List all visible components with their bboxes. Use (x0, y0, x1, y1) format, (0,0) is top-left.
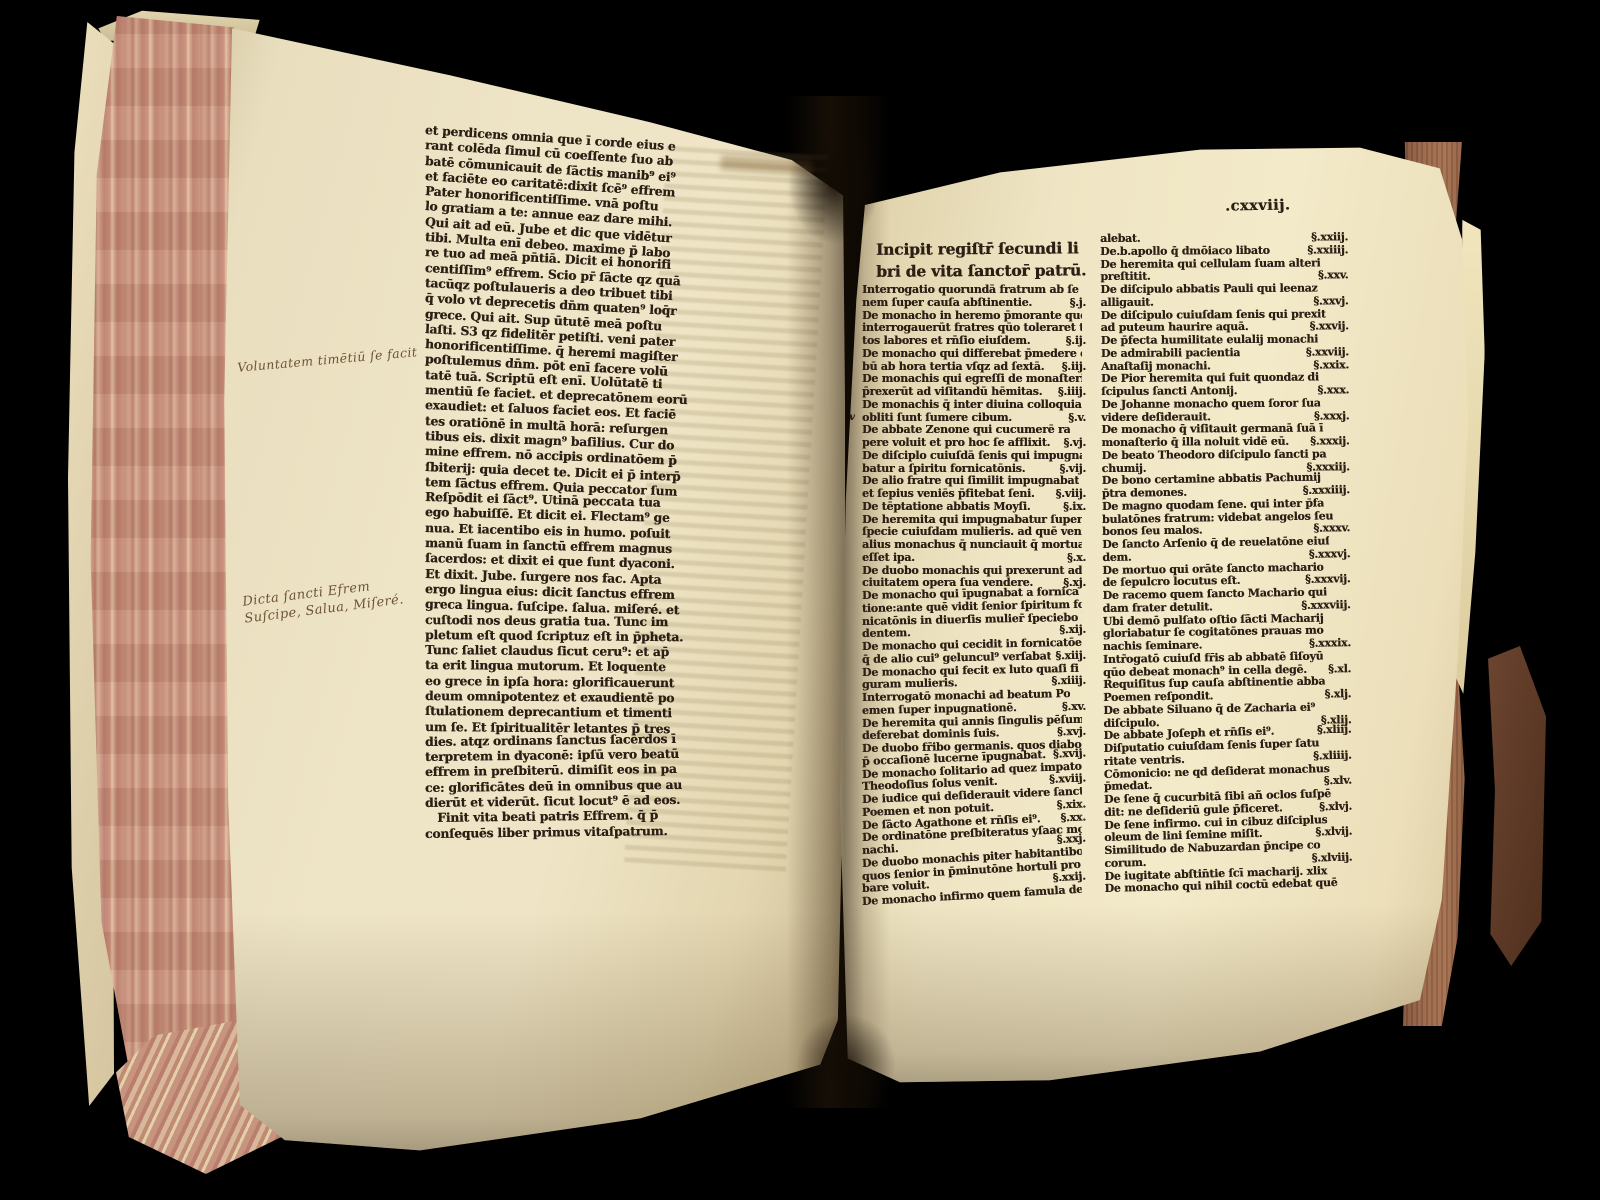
section-ref: §.vij. (1056, 463, 1086, 476)
entry-text: dem. (1102, 551, 1131, 564)
register-entry-line: interrogauerūt fratres qūo toleraret tā (862, 322, 1086, 335)
folio-number: .cxxviij. (1225, 196, 1291, 214)
register-entry-line: v obliti ſunt ſumere cibum. §.v. (862, 412, 1086, 425)
text-line: ſtulationem deprecantium et timenti (425, 703, 683, 721)
section-ref: §.xxvij. (1306, 321, 1349, 334)
section-ref: §.xxxviij. (1297, 599, 1351, 613)
section-ref: §.vj. (1059, 437, 1086, 450)
register-entry-line: De alio fratre qui ſimilit̄ impugnabat̄ (862, 475, 1086, 488)
register-entry-line: et ſepius veniēs p̄fitebat̄ ſeni. §.viij… (862, 488, 1086, 501)
section-ref: §.xxxvij. (1301, 573, 1351, 587)
section-ref: §.ix. (1059, 501, 1086, 514)
register-entry-line: De monacho in heremo p̄morante quē (862, 310, 1086, 323)
section-ref: §.x. (1063, 552, 1086, 565)
register-entry-line: De duobo monachis qui prexerunt ad (862, 565, 1086, 578)
register-entry-line: bū ab hora tertia vſqz ad ſextā. §.iij. (862, 361, 1086, 374)
entry-text: alius monachus q̄ nunciauit q̄ mortua (862, 539, 1082, 552)
entry-text: De alio fratre qui ſimilit̄ impugnabat̄ (862, 475, 1079, 488)
section-ref: §.xxx. (1313, 384, 1349, 397)
register-entry-line: nem ſuper cauſa abſtinentie. §.j. (862, 297, 1086, 310)
entry-text: Interrogatio quorundā fratrum ab ſe (862, 284, 1079, 297)
entry-text: De abbate Zenone qui cucumerē ra (862, 424, 1070, 437)
register-entry-line: pere voluit et pro hoc ſe afflixit. §.vj… (862, 437, 1086, 450)
entry-text: Anaſtaſij monachi. (1101, 360, 1211, 374)
section-ref: §.xiiij. (1047, 675, 1086, 688)
register-entry-line: De abbate Zenone qui cucumerē ra (862, 424, 1086, 437)
entry-text: monaſterio q̄ illa noluit vidē eū. (1101, 436, 1288, 450)
section-ref: §.xxvj. (1309, 295, 1348, 308)
register-entry-line: De monacho qui differebat p̄medere ci (862, 348, 1086, 361)
section-ref: §.iiij. (1054, 386, 1086, 399)
gutter-bottom-shadow (796, 1014, 896, 1114)
entry-text: De monachis qui egreſſi de monaſterio (862, 373, 1082, 386)
section-ref: §.viij. (1052, 488, 1086, 501)
entry-text: videre deſiderauit. (1101, 411, 1211, 425)
section-ref: §.xlviij. (1308, 851, 1353, 865)
section-ref: §.xiij. (1051, 649, 1086, 662)
entry-text: chumij. (1102, 462, 1147, 475)
text-line: ta erit lingua mutorum. Et loquente (425, 657, 683, 675)
entry-text: p̄tra demones. (1102, 487, 1187, 501)
section-ref: §.xvj. (1053, 726, 1086, 739)
entry-text: ſpecie cuiuſdam mulieris. ad quē venit (862, 526, 1082, 539)
register-heading: Incipit regiſtr̄ ſecundi libri de vita ſ… (876, 237, 1106, 282)
section-ref: §.xlj. (1320, 688, 1351, 701)
section-ref: §.ij. (1062, 335, 1086, 348)
register-column-2: alebat. §.xxiij. De.b.apollo q̄ d̄mōiaco… (1100, 231, 1353, 896)
section-ref: §.iij. (1058, 361, 1086, 374)
register-entry-line: De diſciplo cuiuſdā ſenis qui impugna (862, 450, 1086, 463)
left-page-text-column: et perdicens omnia que ī corde eius eran… (425, 122, 683, 841)
register-entry-line: De monachis qui egreſſi de monaſterio (862, 373, 1086, 386)
section-ref: §.xxix. (1309, 359, 1349, 372)
register-entry-line: eſſet ipa. §.x. (862, 552, 1086, 565)
section-ref: §.xv. (1058, 700, 1086, 713)
entry-text: alligauit. (1100, 296, 1153, 309)
register-entry-line: De tēptatione abbatis Moyſi. §.ix. (862, 501, 1086, 514)
register-entry-line: Interrogatio quorundā fratrum ab ſe (862, 284, 1086, 297)
entry-text: interrogauerūt fratres qūo toleraret tā (862, 322, 1082, 335)
section-ref: §.xlvij. (1311, 826, 1352, 840)
entry-text: De monachis q̄ inter diuina colloquia (862, 399, 1082, 412)
section-ref: §.xliiij. (1309, 749, 1352, 763)
entry-text: preſtitit. (1100, 271, 1150, 284)
register-entry-line: p̄rexerūt ad viſitandū hēmitas. §.iiij. (862, 386, 1086, 399)
gutter-top-shadow (788, 124, 880, 244)
register-entry-line: ſpecie cuiuſdam mulieris. ad quē venit (862, 526, 1086, 539)
entry-text: De monacho qui differebat p̄medere ci (862, 348, 1082, 361)
entry-text: De.b.apollo q̄ d̄mōiaco libato (1100, 245, 1270, 259)
section-ref: §.xxxiiij. (1299, 484, 1350, 498)
section-ref: §.xxxj. (1310, 410, 1349, 423)
entry-text: De heremita qui impugnabatur ſuper (862, 514, 1082, 527)
section-ref: §.xxxv. (1309, 522, 1350, 535)
entry-text: De diſciplo cuiuſdā ſenis qui impugna (862, 450, 1082, 463)
entry-text: p̄medat. (1104, 780, 1153, 794)
binding-board-edge (1488, 646, 1546, 966)
section-ref: §.xxv. (1314, 270, 1348, 283)
section-ref: §.xvij. (1049, 747, 1086, 761)
entry-text: ſcipulus ſancti Antonij. (1101, 385, 1237, 399)
section-ref: §.xxxvj. (1305, 548, 1351, 561)
register-entry-line: De heremita qui impugnabatur ſuper (862, 514, 1086, 527)
section-ref: §.v. (1064, 412, 1086, 425)
section-ref: §.xlvj. (1315, 800, 1352, 814)
section-ref: §.xlv. (1320, 775, 1352, 789)
open-incunable-book-photo: et perdicens omnia que ī corde eius eran… (0, 0, 1600, 1200)
entry-text: De monacho in heremo p̄morante quē (862, 310, 1082, 323)
register-entry-line: De monachis q̄ inter diuina colloquia (862, 399, 1086, 412)
entry-text: ad puteum haurire aquā. (1101, 321, 1249, 335)
section-ref: §.xliij. (1313, 724, 1352, 738)
register-entry-line: batur a ſpiritu fornicatōnis. §.vij. (862, 463, 1086, 476)
section-ref: §.j. (1066, 297, 1086, 310)
section-ref: §.xxiiij. (1303, 244, 1348, 257)
heading-line: bri de vita ſanctor̄ patrū. (876, 259, 1106, 282)
section-ref: §.xxviij. (1302, 346, 1349, 359)
entry-text: alebat. (1100, 233, 1140, 246)
entry-text: corum. (1104, 857, 1146, 871)
entry-text: pere voluit et pro hoc ſe afflixit. (862, 437, 1050, 450)
heading-line: Incipit regiſtr̄ ſecundi li (876, 237, 1106, 260)
gutter-shadow (786, 96, 890, 1108)
entry-text: De duobo monachis qui prexerunt ad (862, 565, 1082, 578)
section-ref: §.xxxij. (1306, 435, 1349, 448)
section-ref: §.xxxix. (1305, 637, 1351, 650)
section-ref: §.xij. (1055, 624, 1086, 637)
register-entry-line: tos labores et rn̄ſio eiuſdem. §.ij. (862, 335, 1086, 348)
entry-text: nachis ſeminare. (1103, 639, 1203, 653)
text-line: conſequēs liber primus vitaſpatrum. (425, 823, 683, 841)
entry-text: dam frater detulit. (1103, 601, 1213, 615)
section-ref: §.xl. (1324, 663, 1351, 676)
entry-text: De admirabili pacientia (1101, 347, 1240, 361)
register-column-1: Interrogatio quorundā fratrum ab ſe nem … (862, 284, 1086, 909)
register-entry-line: alius monachus q̄ nunciauit q̄ mortua (862, 539, 1086, 552)
